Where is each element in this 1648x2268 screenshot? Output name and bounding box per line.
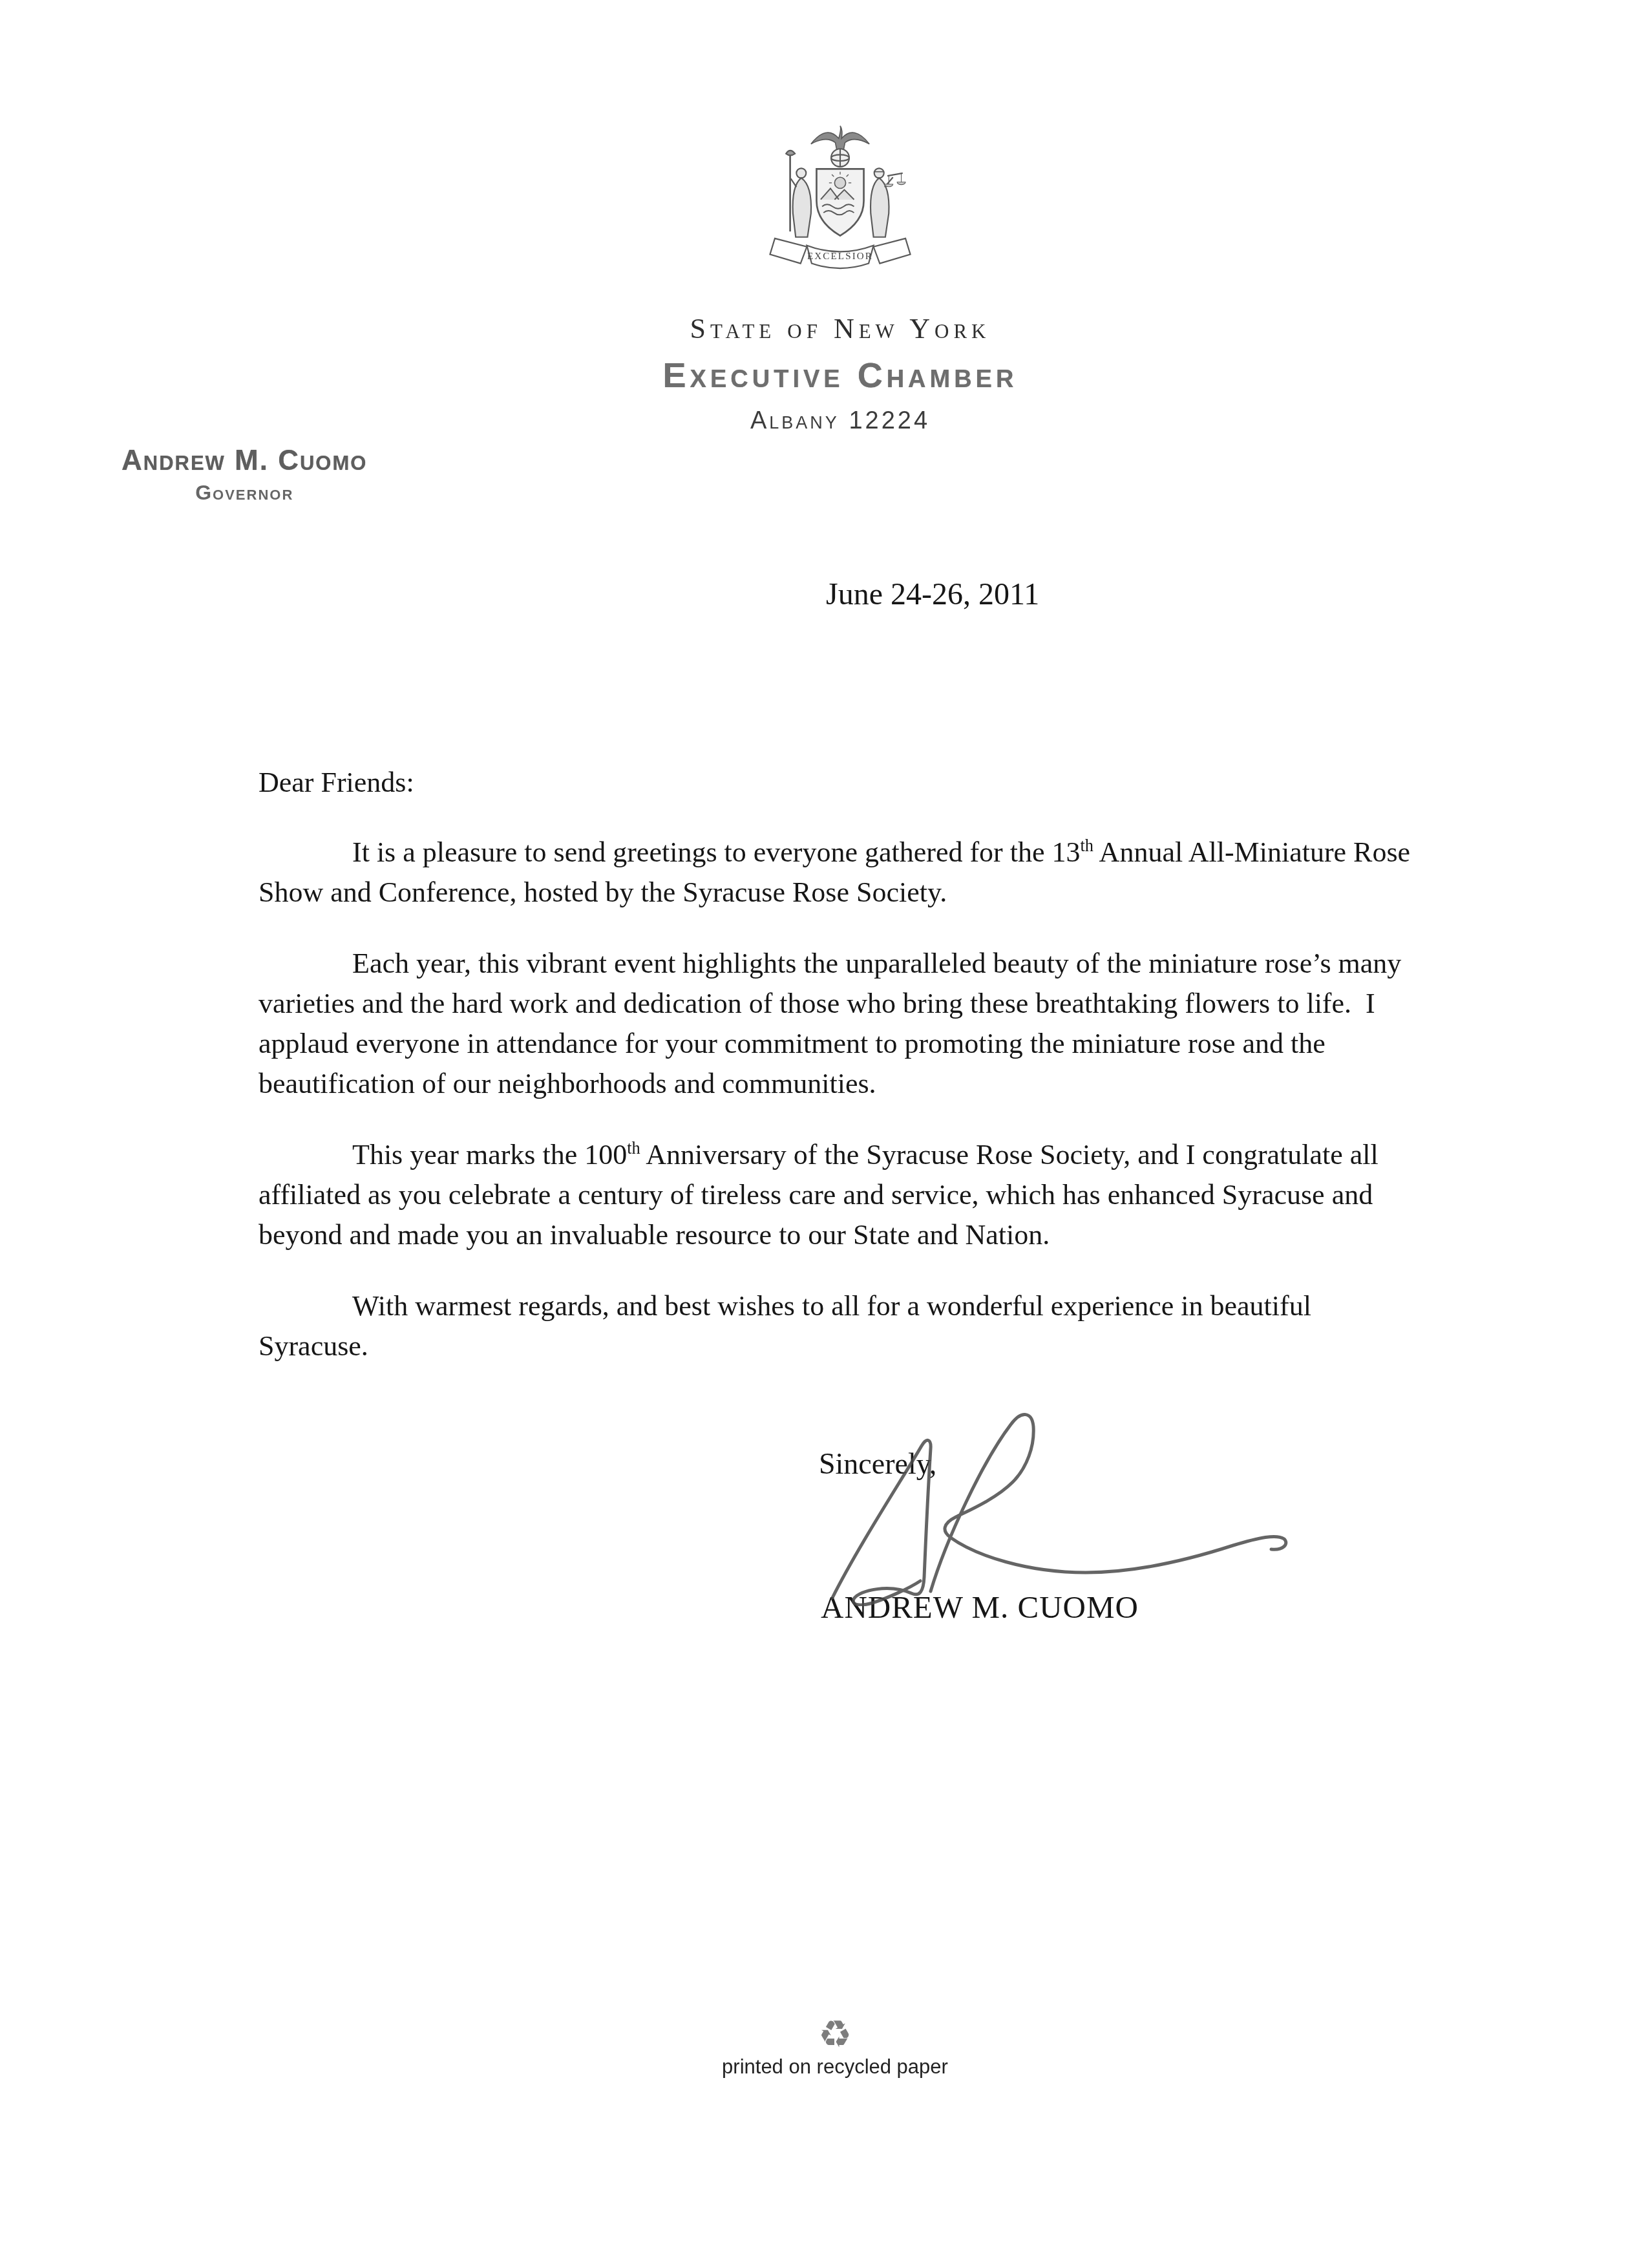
letterhead-state: State of New York (32, 312, 1648, 345)
letter-paragraphs: It is a pleasure to send greetings to ev… (259, 832, 1415, 1366)
letterhead-office: Executive Chamber (32, 355, 1648, 396)
letter-date: June 24-26, 2011 (826, 577, 1039, 612)
paragraph: With warmest regards, and best wishes to… (259, 1286, 1415, 1366)
eagle-icon (811, 126, 869, 150)
footer: ♻ printed on recycled paper (22, 2015, 1648, 2079)
letterhead: EXCELSIOR State of New York Executive Ch… (32, 122, 1648, 435)
paragraph: Each year, this vibrant event highlights… (259, 944, 1415, 1104)
scanned-letter-page: EXCELSIOR State of New York Executive Ch… (0, 0, 1648, 2268)
letter-body: Dear Friends: It is a pleasure to send g… (259, 763, 1415, 1397)
official-title: Governor (121, 481, 367, 505)
salutation: Dear Friends: (259, 763, 1415, 803)
paragraph: This year marks the 100th Anniversary of… (259, 1135, 1415, 1255)
new-york-coat-of-arms-seal: EXCELSIOR (757, 122, 924, 283)
paragraph: It is a pleasure to send greetings to ev… (259, 832, 1415, 913)
letterhead-city: Albany 12224 (32, 407, 1648, 435)
seal-motto: EXCELSIOR (807, 251, 873, 262)
handwritten-signature (813, 1383, 1304, 1606)
official-name: Andrew M. Cuomo (121, 445, 367, 477)
official-block: Andrew M. Cuomo Governor (121, 445, 367, 505)
recycle-icon: ♻ (22, 2015, 1648, 2053)
footer-text: printed on recycled paper (22, 2055, 1648, 2079)
